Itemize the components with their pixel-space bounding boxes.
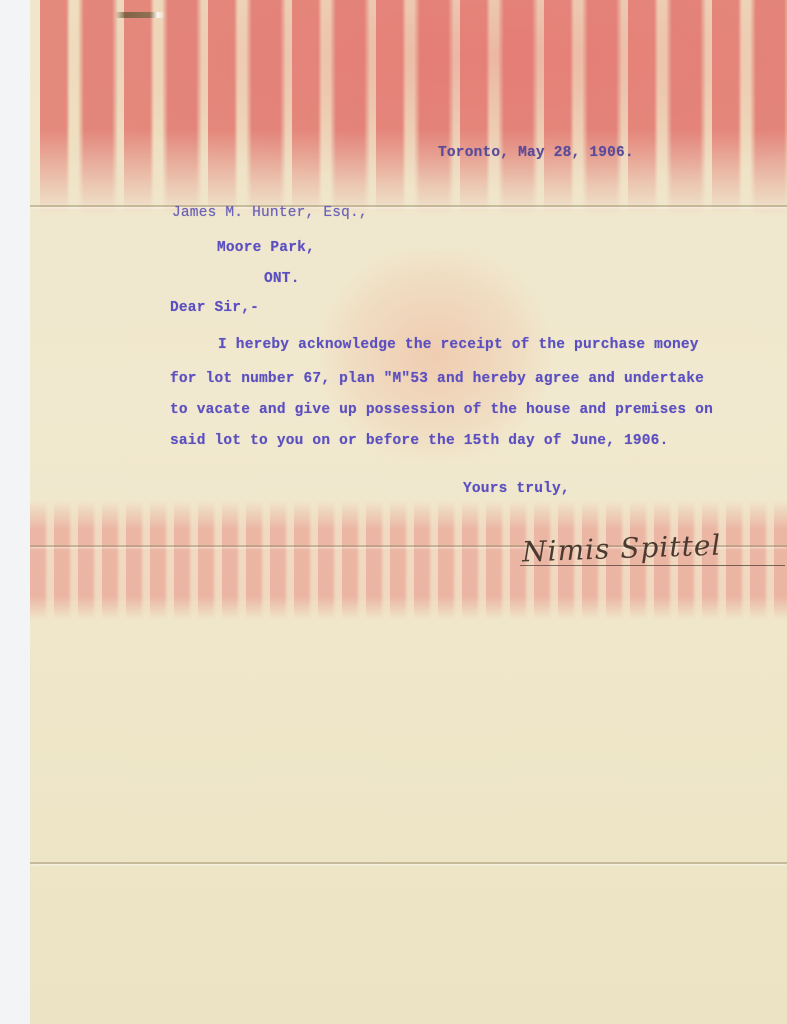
paper-tear bbox=[115, 12, 165, 18]
salutation: Dear Sir,- bbox=[170, 300, 259, 316]
letter-paper bbox=[30, 0, 787, 1024]
red-stain-overlay bbox=[40, 0, 787, 190]
recipient-address: Moore Park, bbox=[217, 240, 315, 256]
body-line: to vacate and give up possession of the … bbox=[170, 402, 713, 418]
handwritten-signature: Nimis Spittel bbox=[521, 529, 721, 569]
signature-stroke bbox=[520, 565, 785, 566]
body-line: for lot number 67, plan "M"53 and hereby… bbox=[170, 371, 704, 387]
closing: Yours truly, bbox=[463, 481, 570, 497]
faded-stamp-mark bbox=[320, 250, 550, 460]
fold-crease bbox=[30, 205, 787, 207]
recipient-name: James M. Hunter, Esq., bbox=[172, 205, 368, 221]
letter-date: Toronto, May 28, 1906. bbox=[438, 145, 634, 161]
body-line: said lot to you on or before the 15th da… bbox=[170, 433, 668, 449]
fold-crease bbox=[30, 862, 787, 864]
recipient-province: ONT. bbox=[264, 271, 300, 287]
body-line: I hereby acknowledge the receipt of the … bbox=[218, 337, 699, 353]
